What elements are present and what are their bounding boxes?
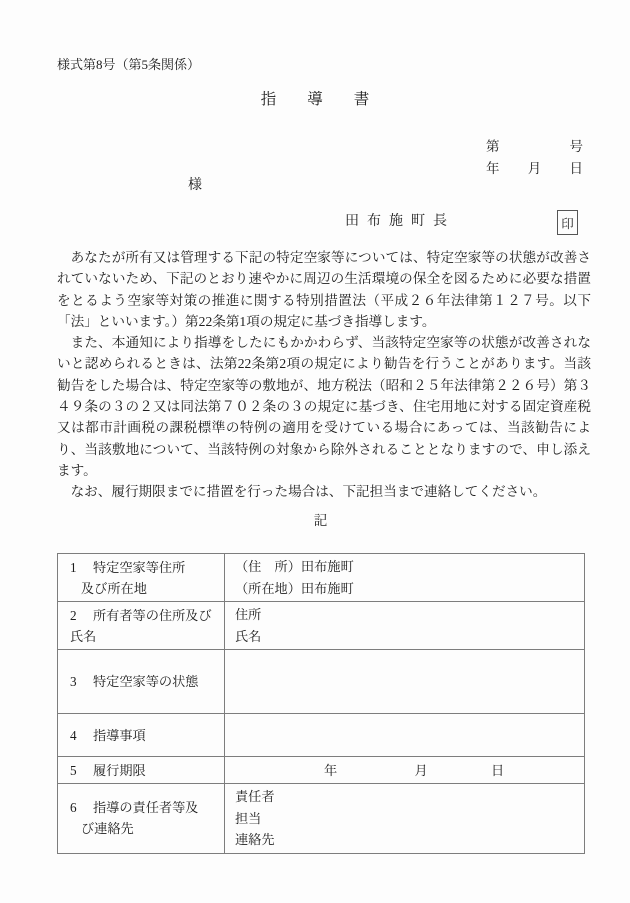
value-line: 担当 xyxy=(235,808,578,830)
table-row-guidance: 4指導事項 xyxy=(58,714,585,757)
seal-character: 印 xyxy=(561,214,574,232)
cell-owner-value: 住所 氏名 xyxy=(225,602,585,650)
table-row-state: 3特定空家等の状態 xyxy=(58,650,585,714)
date-month-label: 月 xyxy=(528,158,542,180)
date-day-label: 日 xyxy=(570,158,584,180)
row-number: 5 xyxy=(70,760,93,781)
date-year-label: 年 xyxy=(486,158,500,180)
body-paragraph-1: あなたが所有又は管理する下記の特定空家等については、特定空家等の状態が改善されて… xyxy=(57,247,591,332)
official-seal-box: 印 xyxy=(557,210,578,235)
guidance-document-page: 様式第8号（第5条関係） 指 導 書 第 号 年 月 日 様 田布施町長 印 あ… xyxy=(0,0,630,903)
body-paragraph-2: また、本通知により指導をしたにもかかわらず、当該特定空家等の状態が改善されないと… xyxy=(57,332,591,481)
cell-guidance-value xyxy=(225,714,585,757)
form-number: 様式第8号（第5条関係） xyxy=(57,56,200,73)
cell-guidance-label: 4指導事項 xyxy=(58,714,225,757)
value-line: （住 所）田布施町 xyxy=(235,556,578,578)
body-text: あなたが所有又は管理する下記の特定空家等については、特定空家等の状態が改善されて… xyxy=(57,247,591,503)
row-label: び連絡先 xyxy=(70,818,218,839)
table-row-owner: 2所有者等の住所及び氏名 住所 氏名 xyxy=(58,602,585,650)
cell-owner-label: 2所有者等の住所及び氏名 xyxy=(58,602,225,650)
issuer-mayor-title: 田布施町長 xyxy=(345,213,455,231)
document-title: 指 導 書 xyxy=(0,90,630,109)
table-row-deadline: 5履行期限 年 月 日 xyxy=(58,757,585,784)
row-number: 1 xyxy=(70,557,93,578)
row-label: 特定空家等住所 xyxy=(93,560,185,575)
row-number: 2 xyxy=(70,605,93,626)
cell-contact-label: 6指導の責任者等及 び連絡先 xyxy=(58,784,225,854)
cell-address-label: 1特定空家等住所 及び所在地 xyxy=(58,554,225,602)
value-line: 連絡先 xyxy=(235,829,578,851)
deadline-year-label: 年 xyxy=(324,763,337,778)
value-line: 氏名 xyxy=(235,626,578,648)
cell-contact-value: 責任者 担当 連絡先 xyxy=(225,784,585,854)
note-heading: 記 xyxy=(57,512,584,530)
value-line: 住所 xyxy=(235,604,578,626)
row-number: 3 xyxy=(70,671,93,692)
document-number-line: 第 号 xyxy=(486,136,583,158)
cell-state-value xyxy=(225,650,585,714)
doc-number-suffix: 号 xyxy=(570,136,584,158)
document-number-date-block: 第 号 年 月 日 xyxy=(486,136,583,180)
value-line: 責任者 xyxy=(235,786,578,808)
cell-state-label: 3特定空家等の状態 xyxy=(58,650,225,714)
value-line: （所在地）田布施町 xyxy=(235,578,578,600)
row-label: 履行期限 xyxy=(93,763,146,778)
table-row-contact: 6指導の責任者等及 び連絡先 責任者 担当 連絡先 xyxy=(58,784,585,854)
row-number: 4 xyxy=(70,725,93,746)
row-label: 指導事項 xyxy=(93,728,146,743)
cell-deadline-label: 5履行期限 xyxy=(58,757,225,784)
body-paragraph-3: なお、履行期限までに措置を行った場合は、下記担当まで連絡してください。 xyxy=(57,481,591,502)
row-number: 6 xyxy=(70,797,93,818)
date-line: 年 月 日 xyxy=(486,158,583,180)
row-label: 指導の責任者等及 xyxy=(93,800,199,815)
doc-number-prefix: 第 xyxy=(486,136,500,158)
detail-table: 1特定空家等住所 及び所在地 （住 所）田布施町 （所在地）田布施町 2所有者等… xyxy=(57,553,585,854)
row-label: 特定空家等の状態 xyxy=(93,674,199,689)
addressee-honorific: 様 xyxy=(188,177,202,195)
row-label: 及び所在地 xyxy=(70,578,218,599)
deadline-month-label: 月 xyxy=(414,763,427,778)
cell-address-value: （住 所）田布施町 （所在地）田布施町 xyxy=(225,554,585,602)
cell-deadline-value: 年 月 日 xyxy=(225,757,585,784)
deadline-day-label: 日 xyxy=(491,763,504,778)
table-row-address: 1特定空家等住所 及び所在地 （住 所）田布施町 （所在地）田布施町 xyxy=(58,554,585,602)
